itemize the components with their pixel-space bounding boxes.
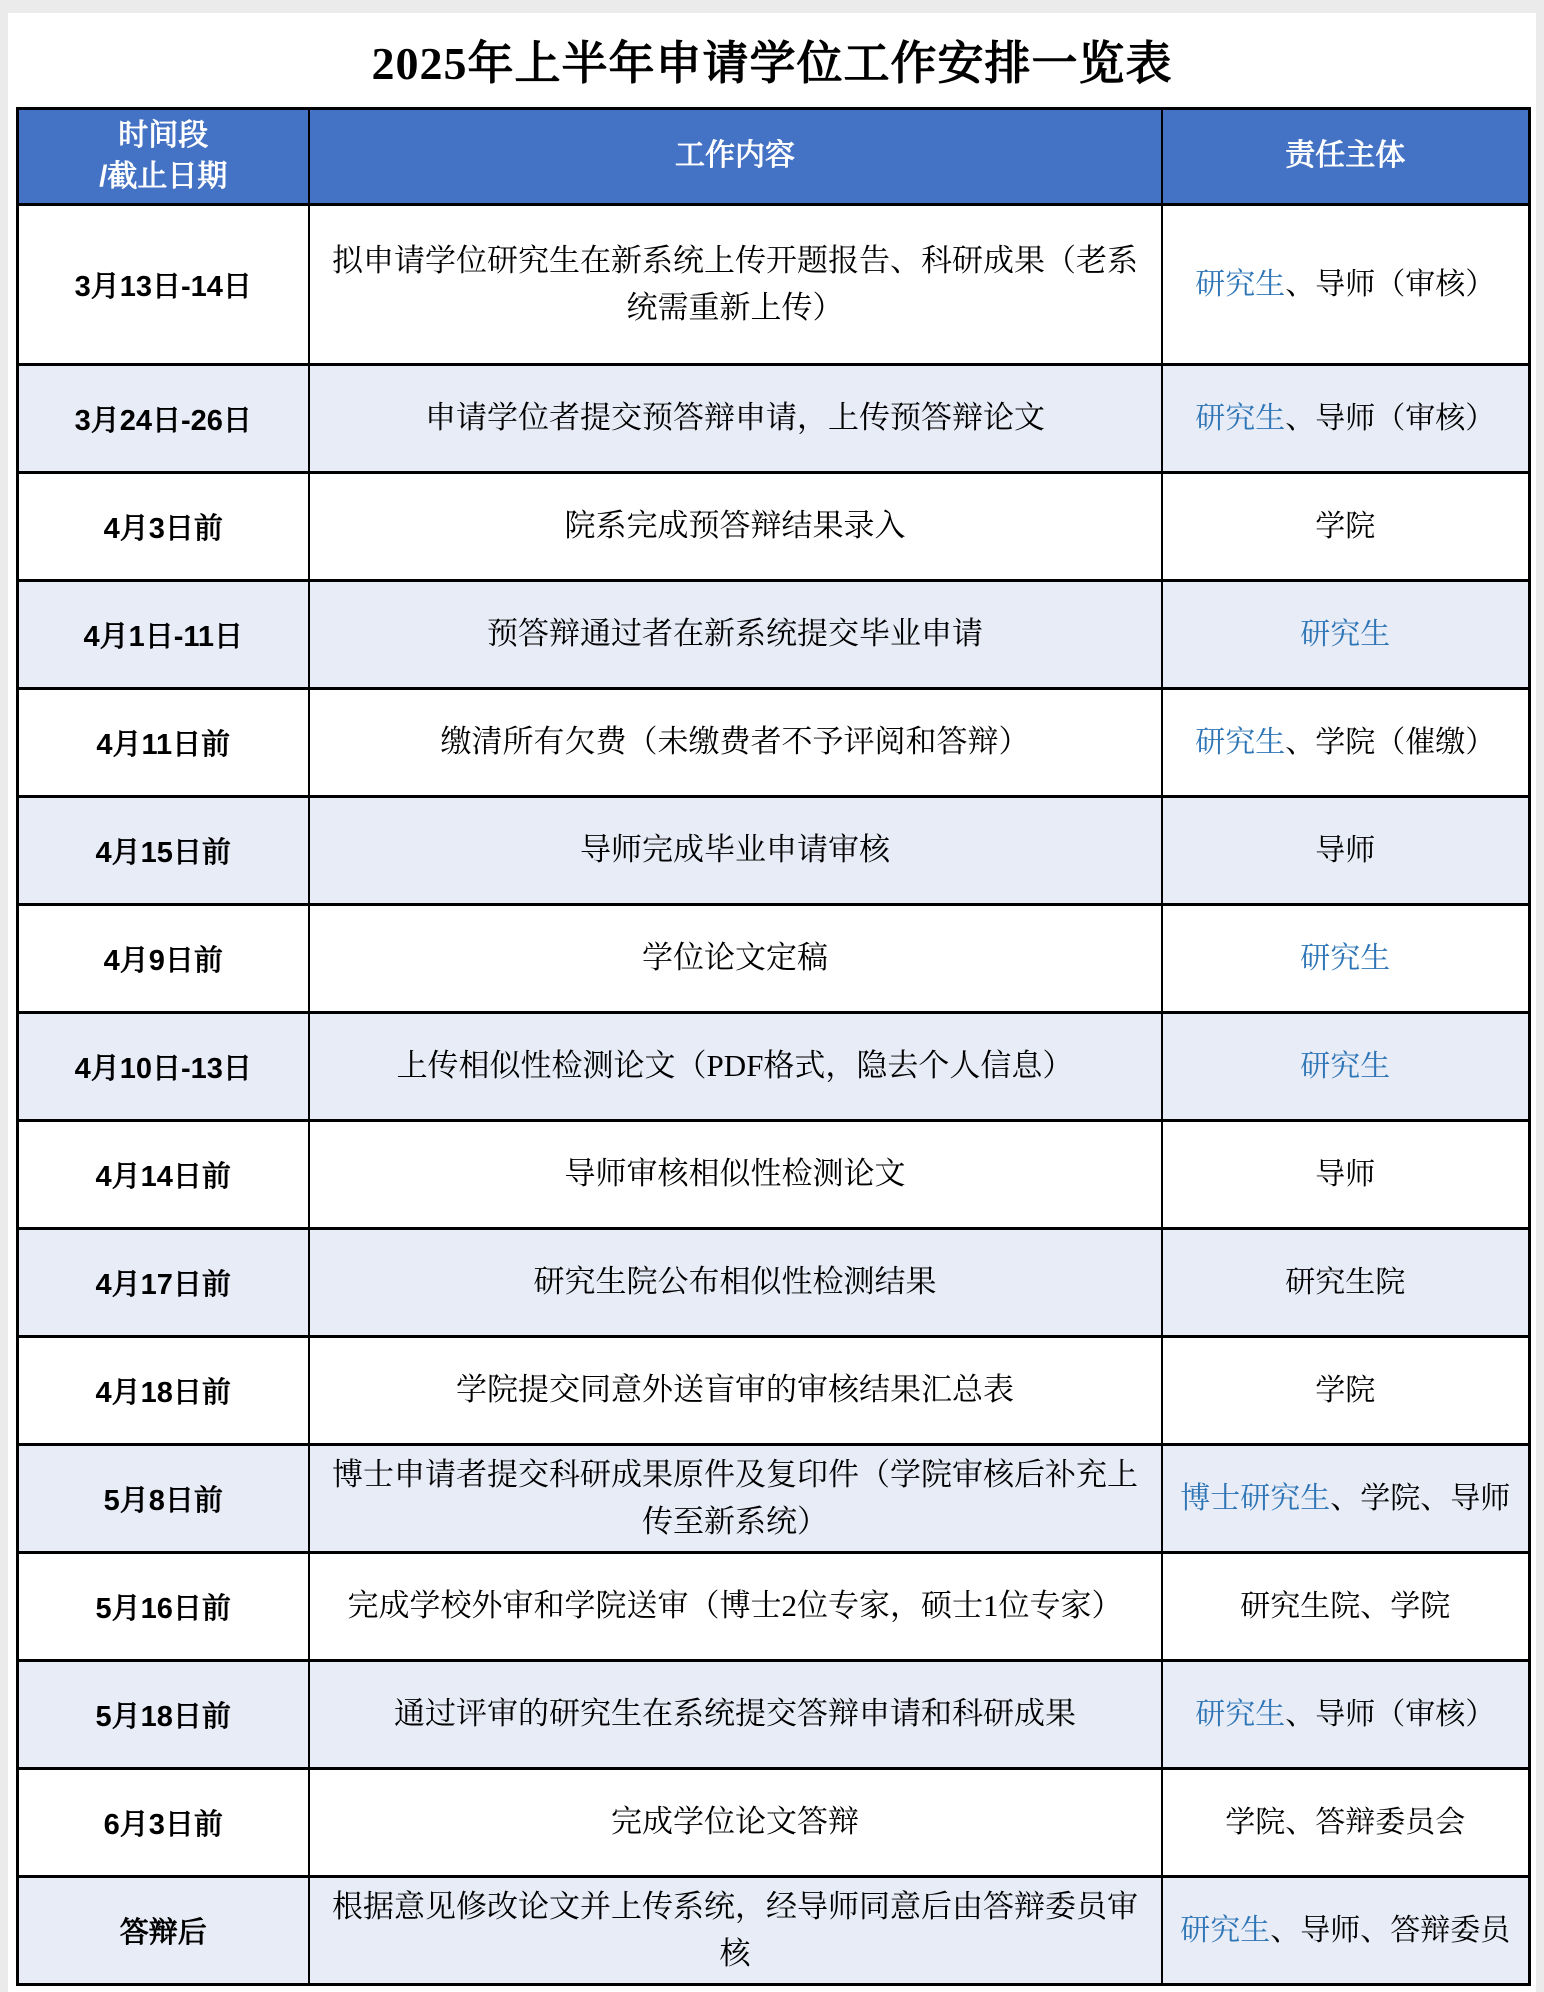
table-row: 5月18日前通过评审的研究生在系统提交答辩申请和科研成果研究生、导师（审核）	[18, 1661, 1530, 1769]
cell-time-period: 6月3日前	[18, 1769, 309, 1877]
cell-work-content: 完成学位论文答辩	[309, 1769, 1162, 1877]
cell-time-period: 5月8日前	[18, 1445, 309, 1553]
cell-work-content: 研究生院公布相似性检测结果	[309, 1229, 1162, 1337]
table-row: 6月3日前完成学位论文答辩学院、答辩委员会	[18, 1769, 1530, 1877]
cell-responsible: 导师	[1162, 797, 1530, 905]
cell-work-content: 导师完成毕业申请审核	[309, 797, 1162, 905]
responsible-text: 研究生院、学院	[1240, 1590, 1450, 1623]
cell-responsible: 研究生	[1162, 1013, 1530, 1121]
table-row: 5月16日前完成学校外审和学院送审（博士2位专家，硕士1位专家）研究生院、学院	[18, 1553, 1530, 1661]
responsible-text: 、导师（审核）	[1285, 402, 1495, 435]
responsible-text: 导师	[1315, 1158, 1375, 1191]
cell-responsible: 研究生、导师、答辩委员	[1162, 1877, 1530, 1985]
responsible-text: 学院	[1315, 510, 1375, 543]
responsible-text: 学院、答辩委员会	[1225, 1806, 1465, 1839]
cell-work-content: 通过评审的研究生在系统提交答辩申请和科研成果	[309, 1661, 1162, 1769]
cell-work-content: 学院提交同意外送盲审的审核结果汇总表	[309, 1337, 1162, 1445]
cell-work-content: 缴清所有欠费（未缴费者不予评阅和答辩）	[309, 689, 1162, 797]
cell-responsible: 研究生、导师（审核）	[1162, 365, 1530, 473]
cell-time-period: 4月17日前	[18, 1229, 309, 1337]
responsible-highlight: 研究生	[1195, 726, 1285, 759]
cell-time-period: 4月9日前	[18, 905, 309, 1013]
responsible-highlight: 博士研究生	[1180, 1482, 1330, 1515]
cell-work-content: 拟申请学位研究生在新系统上传开题报告、科研成果（老系统需重新上传）	[309, 205, 1162, 365]
table-row: 4月11日前缴清所有欠费（未缴费者不予评阅和答辩）研究生、学院（催缴）	[18, 689, 1530, 797]
table-row: 3月24日-26日申请学位者提交预答辩申请，上传预答辩论文研究生、导师（审核）	[18, 365, 1530, 473]
responsible-text: 研究生院	[1285, 1266, 1405, 1299]
cell-time-period: 3月24日-26日	[18, 365, 309, 473]
cell-work-content: 根据意见修改论文并上传系统，经导师同意后由答辩委员审核	[309, 1877, 1162, 1985]
header-time-period-line2: /截止日期	[33, 157, 294, 198]
header-row: 时间段 /截止日期 工作内容 责任主体	[18, 109, 1530, 205]
cell-responsible: 研究生院	[1162, 1229, 1530, 1337]
table-row: 4月10日-13日上传相似性检测论文（PDF格式，隐去个人信息）研究生	[18, 1013, 1530, 1121]
responsible-text: 、学院、导师	[1330, 1482, 1510, 1515]
responsible-highlight: 研究生	[1195, 402, 1285, 435]
responsible-text: 、导师、答辩委员	[1270, 1914, 1510, 1947]
responsible-highlight: 研究生	[1300, 618, 1390, 651]
table-row: 5月8日前博士申请者提交科研成果原件及复印件（学院审核后补充上传至新系统）博士研…	[18, 1445, 1530, 1553]
table-row: 3月13日-14日拟申请学位研究生在新系统上传开题报告、科研成果（老系统需重新上…	[18, 205, 1530, 365]
cell-responsible: 研究生	[1162, 581, 1530, 689]
cell-work-content: 院系完成预答辩结果录入	[309, 473, 1162, 581]
cell-time-period: 4月14日前	[18, 1121, 309, 1229]
responsible-highlight: 研究生	[1180, 1914, 1270, 1947]
responsible-text: 、学院（催缴）	[1285, 726, 1495, 759]
cell-work-content: 完成学校外审和学院送审（博士2位专家，硕士1位专家）	[309, 1553, 1162, 1661]
document-sheet: 2025年上半年申请学位工作安排一览表 时间段 /截止日期 工作内容 责任主体 …	[8, 13, 1536, 1992]
responsible-text: 导师	[1315, 834, 1375, 867]
cell-time-period: 4月11日前	[18, 689, 309, 797]
cell-time-period: 5月18日前	[18, 1661, 309, 1769]
cell-responsible: 学院	[1162, 473, 1530, 581]
page-title: 2025年上半年申请学位工作安排一览表	[16, 13, 1528, 107]
cell-time-period: 4月18日前	[18, 1337, 309, 1445]
responsible-text: 、导师（审核）	[1285, 1698, 1495, 1731]
schedule-table: 时间段 /截止日期 工作内容 责任主体 3月13日-14日拟申请学位研究生在新系…	[16, 107, 1531, 1986]
table-row: 4月15日前导师完成毕业申请审核导师	[18, 797, 1530, 905]
responsible-highlight: 研究生	[1195, 268, 1285, 301]
responsible-text: 学院	[1315, 1374, 1375, 1407]
cell-work-content: 博士申请者提交科研成果原件及复印件（学院审核后补充上传至新系统）	[309, 1445, 1162, 1553]
header-time-period-line1: 时间段	[33, 116, 294, 157]
schedule-table-body: 3月13日-14日拟申请学位研究生在新系统上传开题报告、科研成果（老系统需重新上…	[18, 205, 1530, 1985]
responsible-text: 、导师（审核）	[1285, 268, 1495, 301]
header-cell-responsible: 责任主体	[1162, 109, 1530, 205]
cell-time-period: 4月1日-11日	[18, 581, 309, 689]
header-cell-time-period: 时间段 /截止日期	[18, 109, 309, 205]
cell-responsible: 导师	[1162, 1121, 1530, 1229]
cell-responsible: 博士研究生、学院、导师	[1162, 1445, 1530, 1553]
cell-work-content: 学位论文定稿	[309, 905, 1162, 1013]
header-cell-work-content: 工作内容	[309, 109, 1162, 205]
cell-responsible: 学院、答辩委员会	[1162, 1769, 1530, 1877]
responsible-highlight: 研究生	[1300, 1050, 1390, 1083]
cell-responsible: 学院	[1162, 1337, 1530, 1445]
cell-time-period: 4月3日前	[18, 473, 309, 581]
table-row: 4月3日前院系完成预答辩结果录入学院	[18, 473, 1530, 581]
cell-work-content: 上传相似性检测论文（PDF格式，隐去个人信息）	[309, 1013, 1162, 1121]
cell-work-content: 导师审核相似性检测论文	[309, 1121, 1162, 1229]
table-row: 4月18日前学院提交同意外送盲审的审核结果汇总表学院	[18, 1337, 1530, 1445]
cell-work-content: 申请学位者提交预答辩申请，上传预答辩论文	[309, 365, 1162, 473]
cell-time-period: 5月16日前	[18, 1553, 309, 1661]
table-row: 4月9日前学位论文定稿研究生	[18, 905, 1530, 1013]
cell-responsible: 研究生、学院（催缴）	[1162, 689, 1530, 797]
cell-responsible: 研究生	[1162, 905, 1530, 1013]
table-row: 4月14日前导师审核相似性检测论文导师	[18, 1121, 1530, 1229]
cell-work-content: 预答辩通过者在新系统提交毕业申请	[309, 581, 1162, 689]
table-row: 4月17日前研究生院公布相似性检测结果研究生院	[18, 1229, 1530, 1337]
table-row: 答辩后根据意见修改论文并上传系统，经导师同意后由答辩委员审核研究生、导师、答辩委…	[18, 1877, 1530, 1985]
table-row: 4月1日-11日预答辩通过者在新系统提交毕业申请研究生	[18, 581, 1530, 689]
responsible-highlight: 研究生	[1195, 1698, 1285, 1731]
cell-time-period: 3月13日-14日	[18, 205, 309, 365]
cell-time-period: 4月10日-13日	[18, 1013, 309, 1121]
responsible-highlight: 研究生	[1300, 942, 1390, 975]
cell-time-period: 4月15日前	[18, 797, 309, 905]
cell-responsible: 研究生院、学院	[1162, 1553, 1530, 1661]
cell-responsible: 研究生、导师（审核）	[1162, 205, 1530, 365]
cell-time-period: 答辩后	[18, 1877, 309, 1985]
cell-responsible: 研究生、导师（审核）	[1162, 1661, 1530, 1769]
schedule-table-header: 时间段 /截止日期 工作内容 责任主体	[18, 109, 1530, 205]
